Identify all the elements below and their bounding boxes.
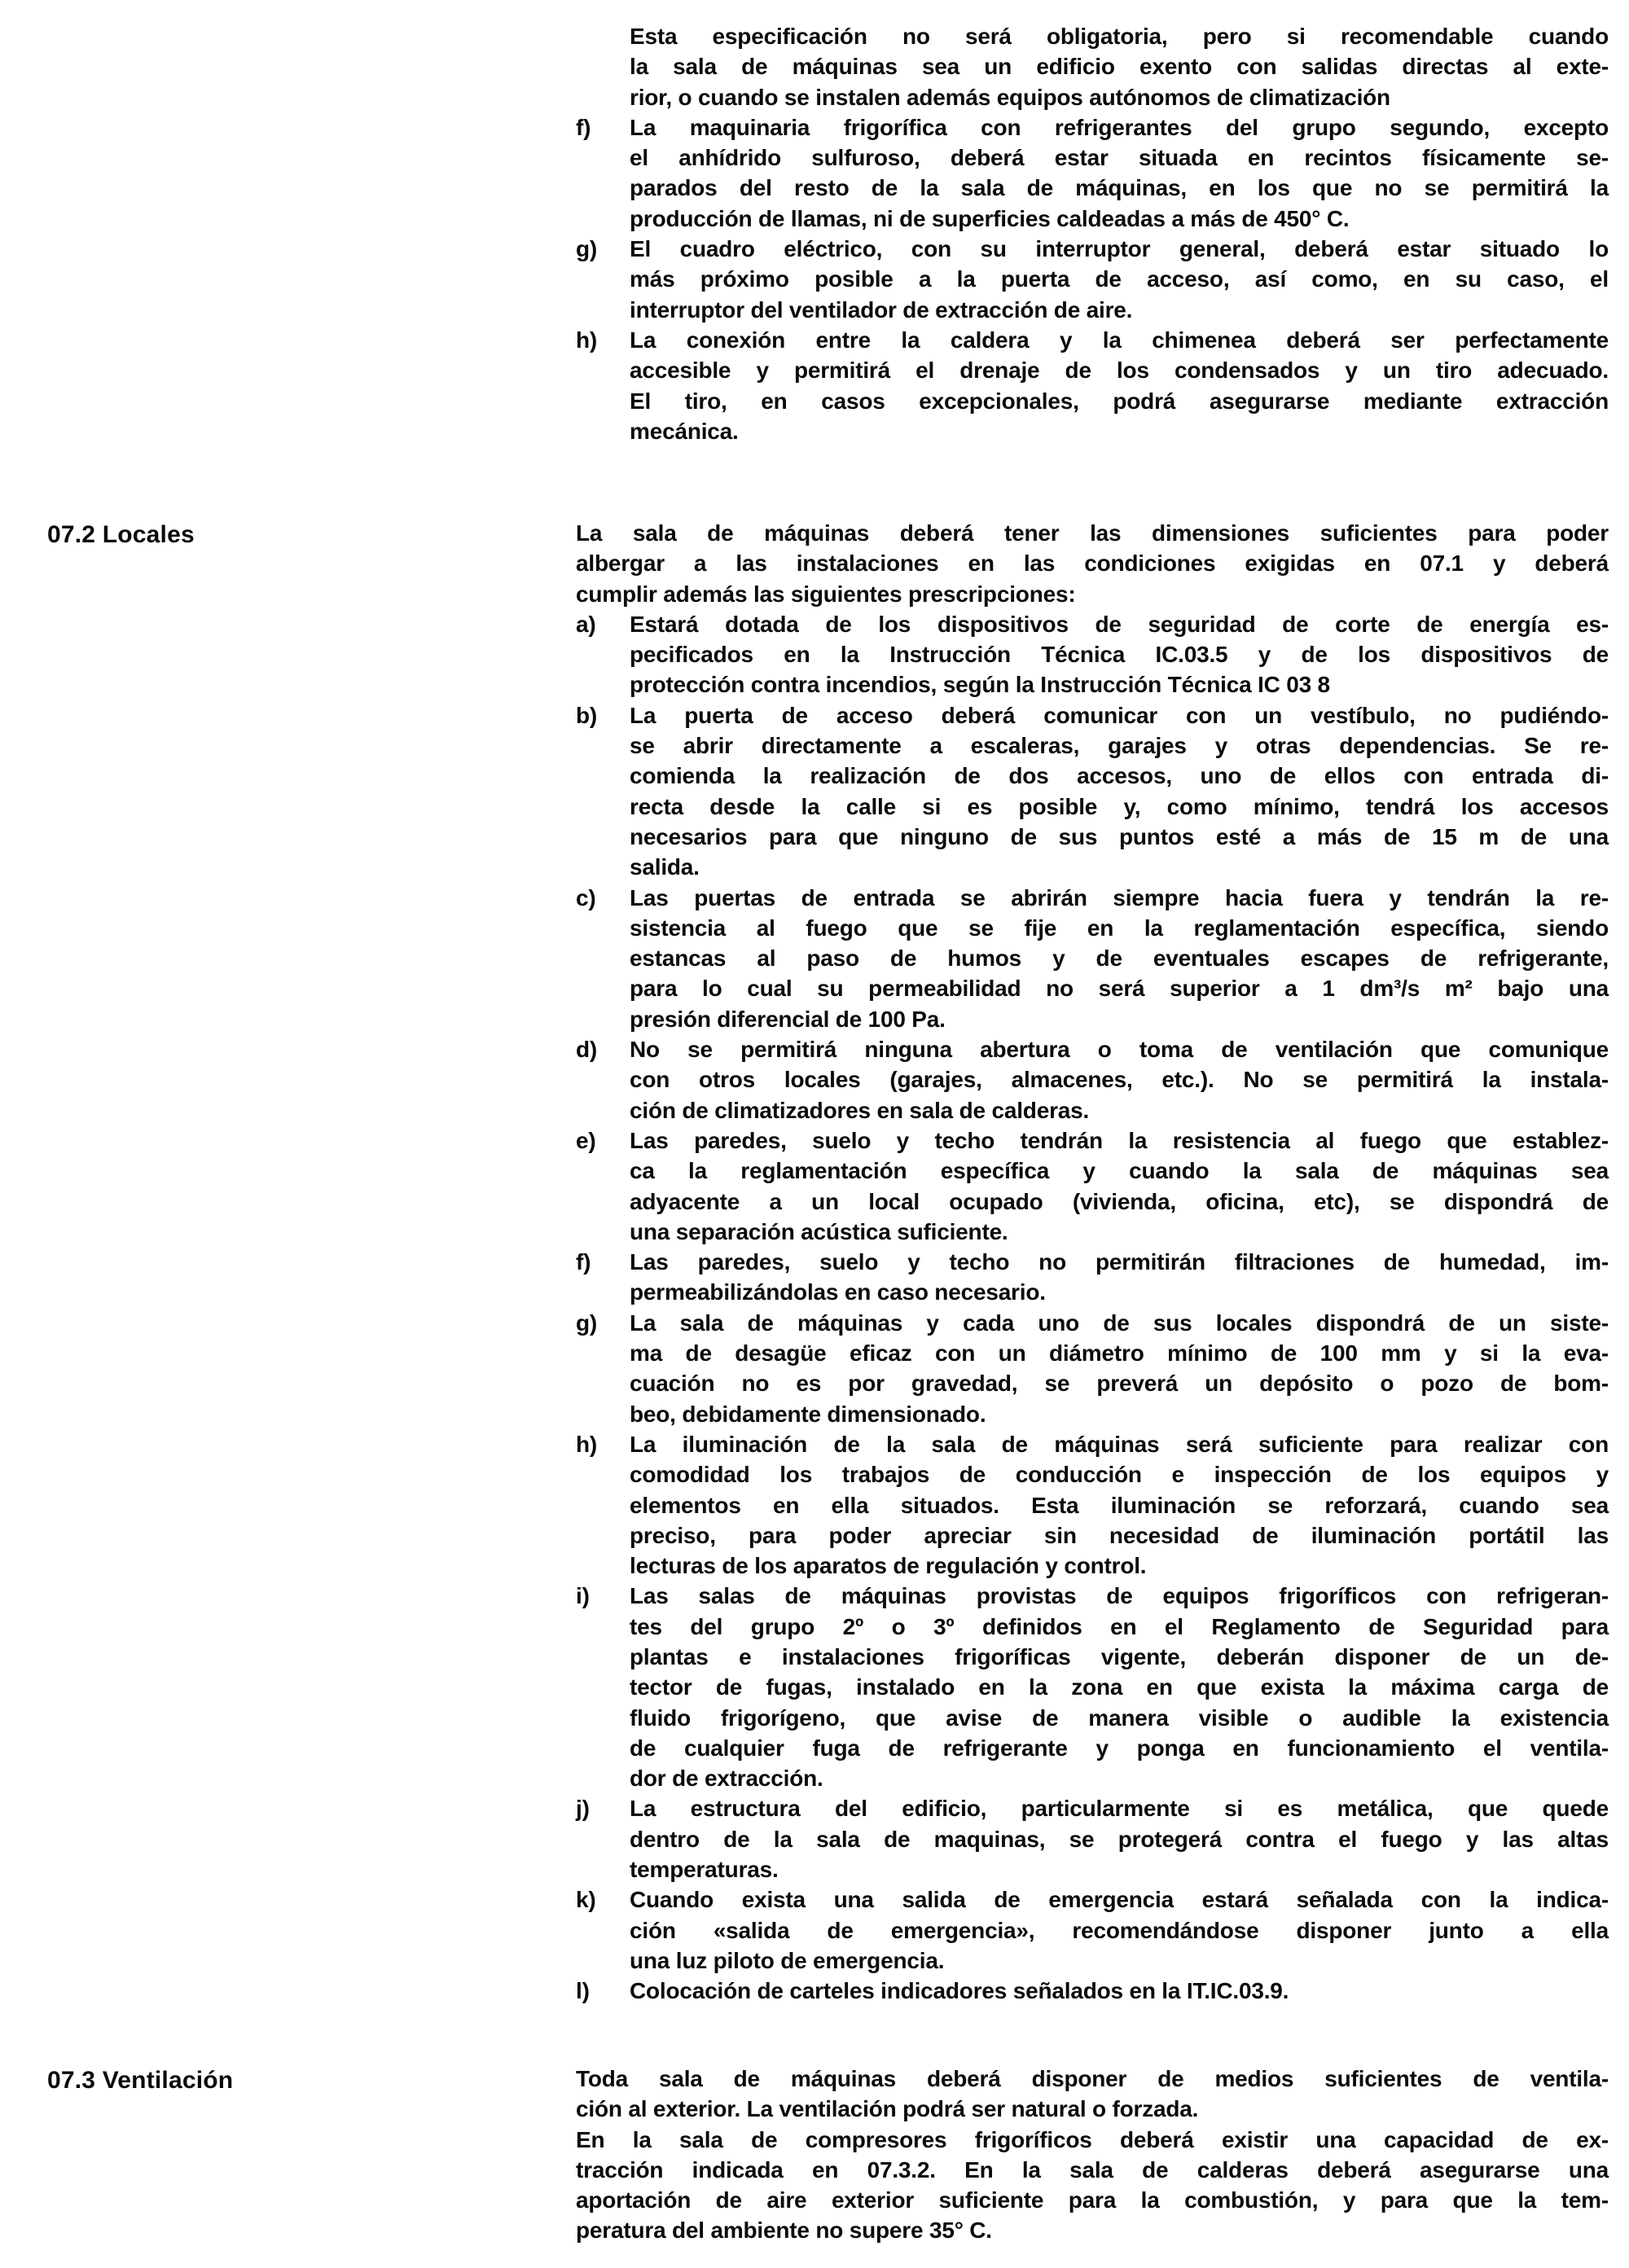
- item-letter: j): [576, 1793, 625, 1823]
- item-letter: b): [576, 700, 625, 730]
- text-line: ción «salida de emergencia», recomendánd…: [630, 1915, 1609, 1946]
- item-text: La puerta de acceso deberá comunicar con…: [630, 700, 1609, 883]
- text-line: parados del resto de la sala de máquinas…: [630, 173, 1609, 203]
- text-line: comienda la realización de dos accesos, …: [630, 761, 1609, 791]
- text-line: lecturas de los aparatos de regulación y…: [630, 1551, 1609, 1581]
- text-line: para lo cual su permeabilidad no será su…: [630, 973, 1609, 1003]
- item-letter: h): [576, 1429, 625, 1459]
- item-letter: l): [576, 1976, 625, 2006]
- text-line: elementos en ella situados. Esta ilumina…: [630, 1490, 1609, 1520]
- item-text: Las paredes, suelo y techo no permitirán…: [630, 1247, 1609, 1308]
- top-text-column: Esta especificación no será obligatoria,…: [576, 21, 1609, 446]
- lettered-item: a)Estará dotada de los dispositivos de s…: [576, 609, 1609, 700]
- lettered-item: k)Cuando exista una salida de emergencia…: [576, 1884, 1609, 1976]
- text-line: La sala de máquinas y cada uno de sus lo…: [630, 1308, 1609, 1338]
- text-line: el anhídrido sulfuroso, deberá estar sit…: [630, 143, 1609, 173]
- item-letter: a): [576, 609, 625, 639]
- text-line: La conexión entre la caldera y la chimen…: [630, 325, 1609, 355]
- text-line: tes del grupo 2º o 3º definidos en el Re…: [630, 1612, 1609, 1642]
- text-line: ca la reglamentación específica y cuando…: [630, 1156, 1609, 1186]
- item-letter: d): [576, 1034, 625, 1064]
- item-text: La maquinaria frigorífica con refrigeran…: [630, 112, 1609, 234]
- item-text: Cuando exista una salida de emergencia e…: [630, 1884, 1609, 1976]
- text-line: dentro de la sala de maquinas, se proteg…: [630, 1824, 1609, 1854]
- text-line: El cuadro eléctrico, con su interruptor …: [630, 234, 1609, 264]
- item-letter: e): [576, 1125, 625, 1156]
- text-line: tracción indicada en 07.3.2. En la sala …: [576, 2155, 1609, 2185]
- text-line: adyacente a un local ocupado (vivienda, …: [630, 1187, 1609, 1217]
- text-line: más próximo posible a la puerta de acces…: [630, 264, 1609, 294]
- text-line: El tiro, en casos excepcionales, podrá a…: [630, 386, 1609, 416]
- top-item-list: f)La maquinaria frigorífica con refriger…: [576, 112, 1609, 446]
- item-text: Estará dotada de los dispositivos de seg…: [630, 609, 1609, 700]
- item-text: Las paredes, suelo y techo tendrán la re…: [630, 1125, 1609, 1247]
- lettered-item: g)La sala de máquinas y cada uno de sus …: [576, 1308, 1609, 1429]
- text-line: una separación acústica suficiente.: [630, 1217, 1609, 1247]
- text-line: temperaturas.: [630, 1854, 1609, 1884]
- text-line: beo, debidamente dimensionado.: [630, 1399, 1609, 1429]
- text-line: cuación no es por gravedad, se preverá u…: [630, 1368, 1609, 1398]
- text-line: ma de desagüe eficaz con un diámetro mín…: [630, 1338, 1609, 1368]
- text-line: interruptor del ventilador de extracción…: [630, 295, 1609, 325]
- lettered-item: f)Las paredes, suelo y techo no permitir…: [576, 1247, 1609, 1308]
- text-line: estancas al paso de humos y de eventuale…: [630, 943, 1609, 973]
- lettered-item: c)Las puertas de entrada se abrirán siem…: [576, 883, 1609, 1034]
- lettered-item: l)Colocación de carteles indicadores señ…: [576, 1976, 1609, 2006]
- lettered-item: e)Las paredes, suelo y techo tendrán la …: [576, 1125, 1609, 1247]
- item-letter: i): [576, 1581, 625, 1611]
- text-line: tector de fugas, instalado en la zona en…: [630, 1672, 1609, 1702]
- text-line: peratura del ambiente no supere 35° C.: [576, 2215, 1609, 2245]
- locales-intro-paragraph: La sala de máquinas deberá tener las dim…: [576, 518, 1609, 609]
- item-text: Las puertas de entrada se abrirán siempr…: [630, 883, 1609, 1034]
- item-letter: h): [576, 325, 625, 355]
- text-line: plantas e instalaciones frigoríficas vig…: [630, 1642, 1609, 1672]
- text-line: permeabilizándolas en caso necesario.: [630, 1277, 1609, 1307]
- lettered-item: d)No se permitirá ninguna abertura o tom…: [576, 1034, 1609, 1125]
- lettered-item: g)El cuadro eléctrico, con su interrupto…: [576, 234, 1609, 325]
- section-heading-locales: 07.2 Locales: [47, 520, 195, 550]
- text-line: Colocación de carteles indicadores señal…: [630, 1976, 1609, 2006]
- item-text: No se permitirá ninguna abertura o toma …: [630, 1034, 1609, 1125]
- text-line: recta desde la calle si es posible y, co…: [630, 792, 1609, 822]
- text-line: ción al exterior. La ventilación podrá s…: [576, 2094, 1609, 2124]
- text-line: aportación de aire exterior suficiente p…: [576, 2185, 1609, 2215]
- text-line: protección contra incendios, según la In…: [630, 669, 1609, 700]
- text-line: con otros locales (garajes, almacenes, e…: [630, 1064, 1609, 1095]
- text-line: producción de llamas, ni de superficies …: [630, 204, 1609, 234]
- lettered-item: b)La puerta de acceso deberá comunicar c…: [576, 700, 1609, 883]
- text-line: una luz piloto de emergencia.: [630, 1946, 1609, 1976]
- locales-item-list: a)Estará dotada de los dispositivos de s…: [576, 609, 1609, 2007]
- text-line: accesible y permitirá el drenaje de los …: [630, 355, 1609, 385]
- item-text: Las salas de máquinas provistas de equip…: [630, 1581, 1609, 1793]
- item-letter: g): [576, 1308, 625, 1338]
- text-line: se abrir directamente a escaleras, garaj…: [630, 730, 1609, 761]
- lettered-item: i)Las salas de máquinas provistas de equ…: [576, 1581, 1609, 1793]
- item-text: La conexión entre la caldera y la chimen…: [630, 325, 1609, 446]
- text-line: La sala de máquinas deberá tener las dim…: [576, 518, 1609, 548]
- text-line: de cualquier fuga de refrigerante y pong…: [630, 1733, 1609, 1763]
- text-line: La maquinaria frigorífica con refrigeran…: [630, 112, 1609, 143]
- text-line: la sala de máquinas sea un edificio exen…: [630, 51, 1609, 81]
- text-line: necesarios para que ninguno de sus punto…: [630, 822, 1609, 852]
- section-heading-ventilacion: 07.3 Ventilación: [47, 2065, 233, 2095]
- item-text: La sala de máquinas y cada uno de sus lo…: [630, 1308, 1609, 1429]
- text-line: pecificados en la Instrucción Técnica IC…: [630, 639, 1609, 669]
- text-line: La puerta de acceso deberá comunicar con…: [630, 700, 1609, 730]
- item-letter: g): [576, 234, 625, 264]
- text-line: cumplir además las siguientes prescripci…: [576, 579, 1609, 609]
- lettered-item: h)La conexión entre la caldera y la chim…: [576, 325, 1609, 446]
- text-line: preciso, para poder apreciar sin necesid…: [630, 1520, 1609, 1551]
- text-line: sistencia al fuego que se fije en la reg…: [630, 913, 1609, 943]
- text-line: Esta especificación no será obligatoria,…: [630, 21, 1609, 51]
- text-line: No se permitirá ninguna abertura o toma …: [630, 1034, 1609, 1064]
- item-text: La iluminación de la sala de máquinas se…: [630, 1429, 1609, 1581]
- text-line: Toda sala de máquinas deberá disponer de…: [576, 2064, 1609, 2094]
- text-line: rior, o cuando se instalen además equipo…: [630, 82, 1609, 112]
- ventilacion-paragraph-2: En la sala de compresores frigoríficos d…: [576, 2125, 1609, 2246]
- text-line: Cuando exista una salida de emergencia e…: [630, 1884, 1609, 1915]
- text-line: comodidad los trabajos de conducción e i…: [630, 1459, 1609, 1489]
- item-letter: f): [576, 1247, 625, 1277]
- document-page: Esta especificación no será obligatoria,…: [0, 0, 1629, 2268]
- text-line: albergar a las instalaciones en las cond…: [576, 548, 1609, 578]
- text-line: presión diferencial de 100 Pa.: [630, 1004, 1609, 1034]
- text-line: La estructura del edificio, particularme…: [630, 1793, 1609, 1823]
- item-text: El cuadro eléctrico, con su interruptor …: [630, 234, 1609, 325]
- text-line: ción de climatizadores en sala de calder…: [630, 1095, 1609, 1125]
- text-line: Las salas de máquinas provistas de equip…: [630, 1581, 1609, 1611]
- item-letter: c): [576, 883, 625, 913]
- text-line: Estará dotada de los dispositivos de seg…: [630, 609, 1609, 639]
- text-line: La iluminación de la sala de máquinas se…: [630, 1429, 1609, 1459]
- continuation-paragraph: Esta especificación no será obligatoria,…: [576, 21, 1609, 112]
- item-letter: f): [576, 112, 625, 143]
- lettered-item: h)La iluminación de la sala de máquinas …: [576, 1429, 1609, 1581]
- text-line: Las paredes, suelo y techo tendrán la re…: [630, 1125, 1609, 1156]
- locales-text-column: La sala de máquinas deberá tener las dim…: [576, 518, 1609, 2007]
- item-letter: k): [576, 1884, 625, 1915]
- item-text: Colocación de carteles indicadores señal…: [630, 1976, 1609, 2006]
- text-line: dor de extracción.: [630, 1763, 1609, 1793]
- text-line: En la sala de compresores frigoríficos d…: [576, 2125, 1609, 2155]
- text-line: Las puertas de entrada se abrirán siempr…: [630, 883, 1609, 913]
- item-text: La estructura del edificio, particularme…: [630, 1793, 1609, 1884]
- text-line: mecánica.: [630, 416, 1609, 446]
- ventilacion-text-column: Toda sala de máquinas deberá disponer de…: [576, 2064, 1609, 2246]
- text-line: fluido frigorígeno, que avise de manera …: [630, 1703, 1609, 1733]
- text-line: Las paredes, suelo y techo no permitirán…: [630, 1247, 1609, 1277]
- lettered-item: f)La maquinaria frigorífica con refriger…: [576, 112, 1609, 234]
- lettered-item: j)La estructura del edificio, particular…: [576, 1793, 1609, 1884]
- text-line: salida.: [630, 852, 1609, 882]
- ventilacion-paragraph-1: Toda sala de máquinas deberá disponer de…: [576, 2064, 1609, 2125]
